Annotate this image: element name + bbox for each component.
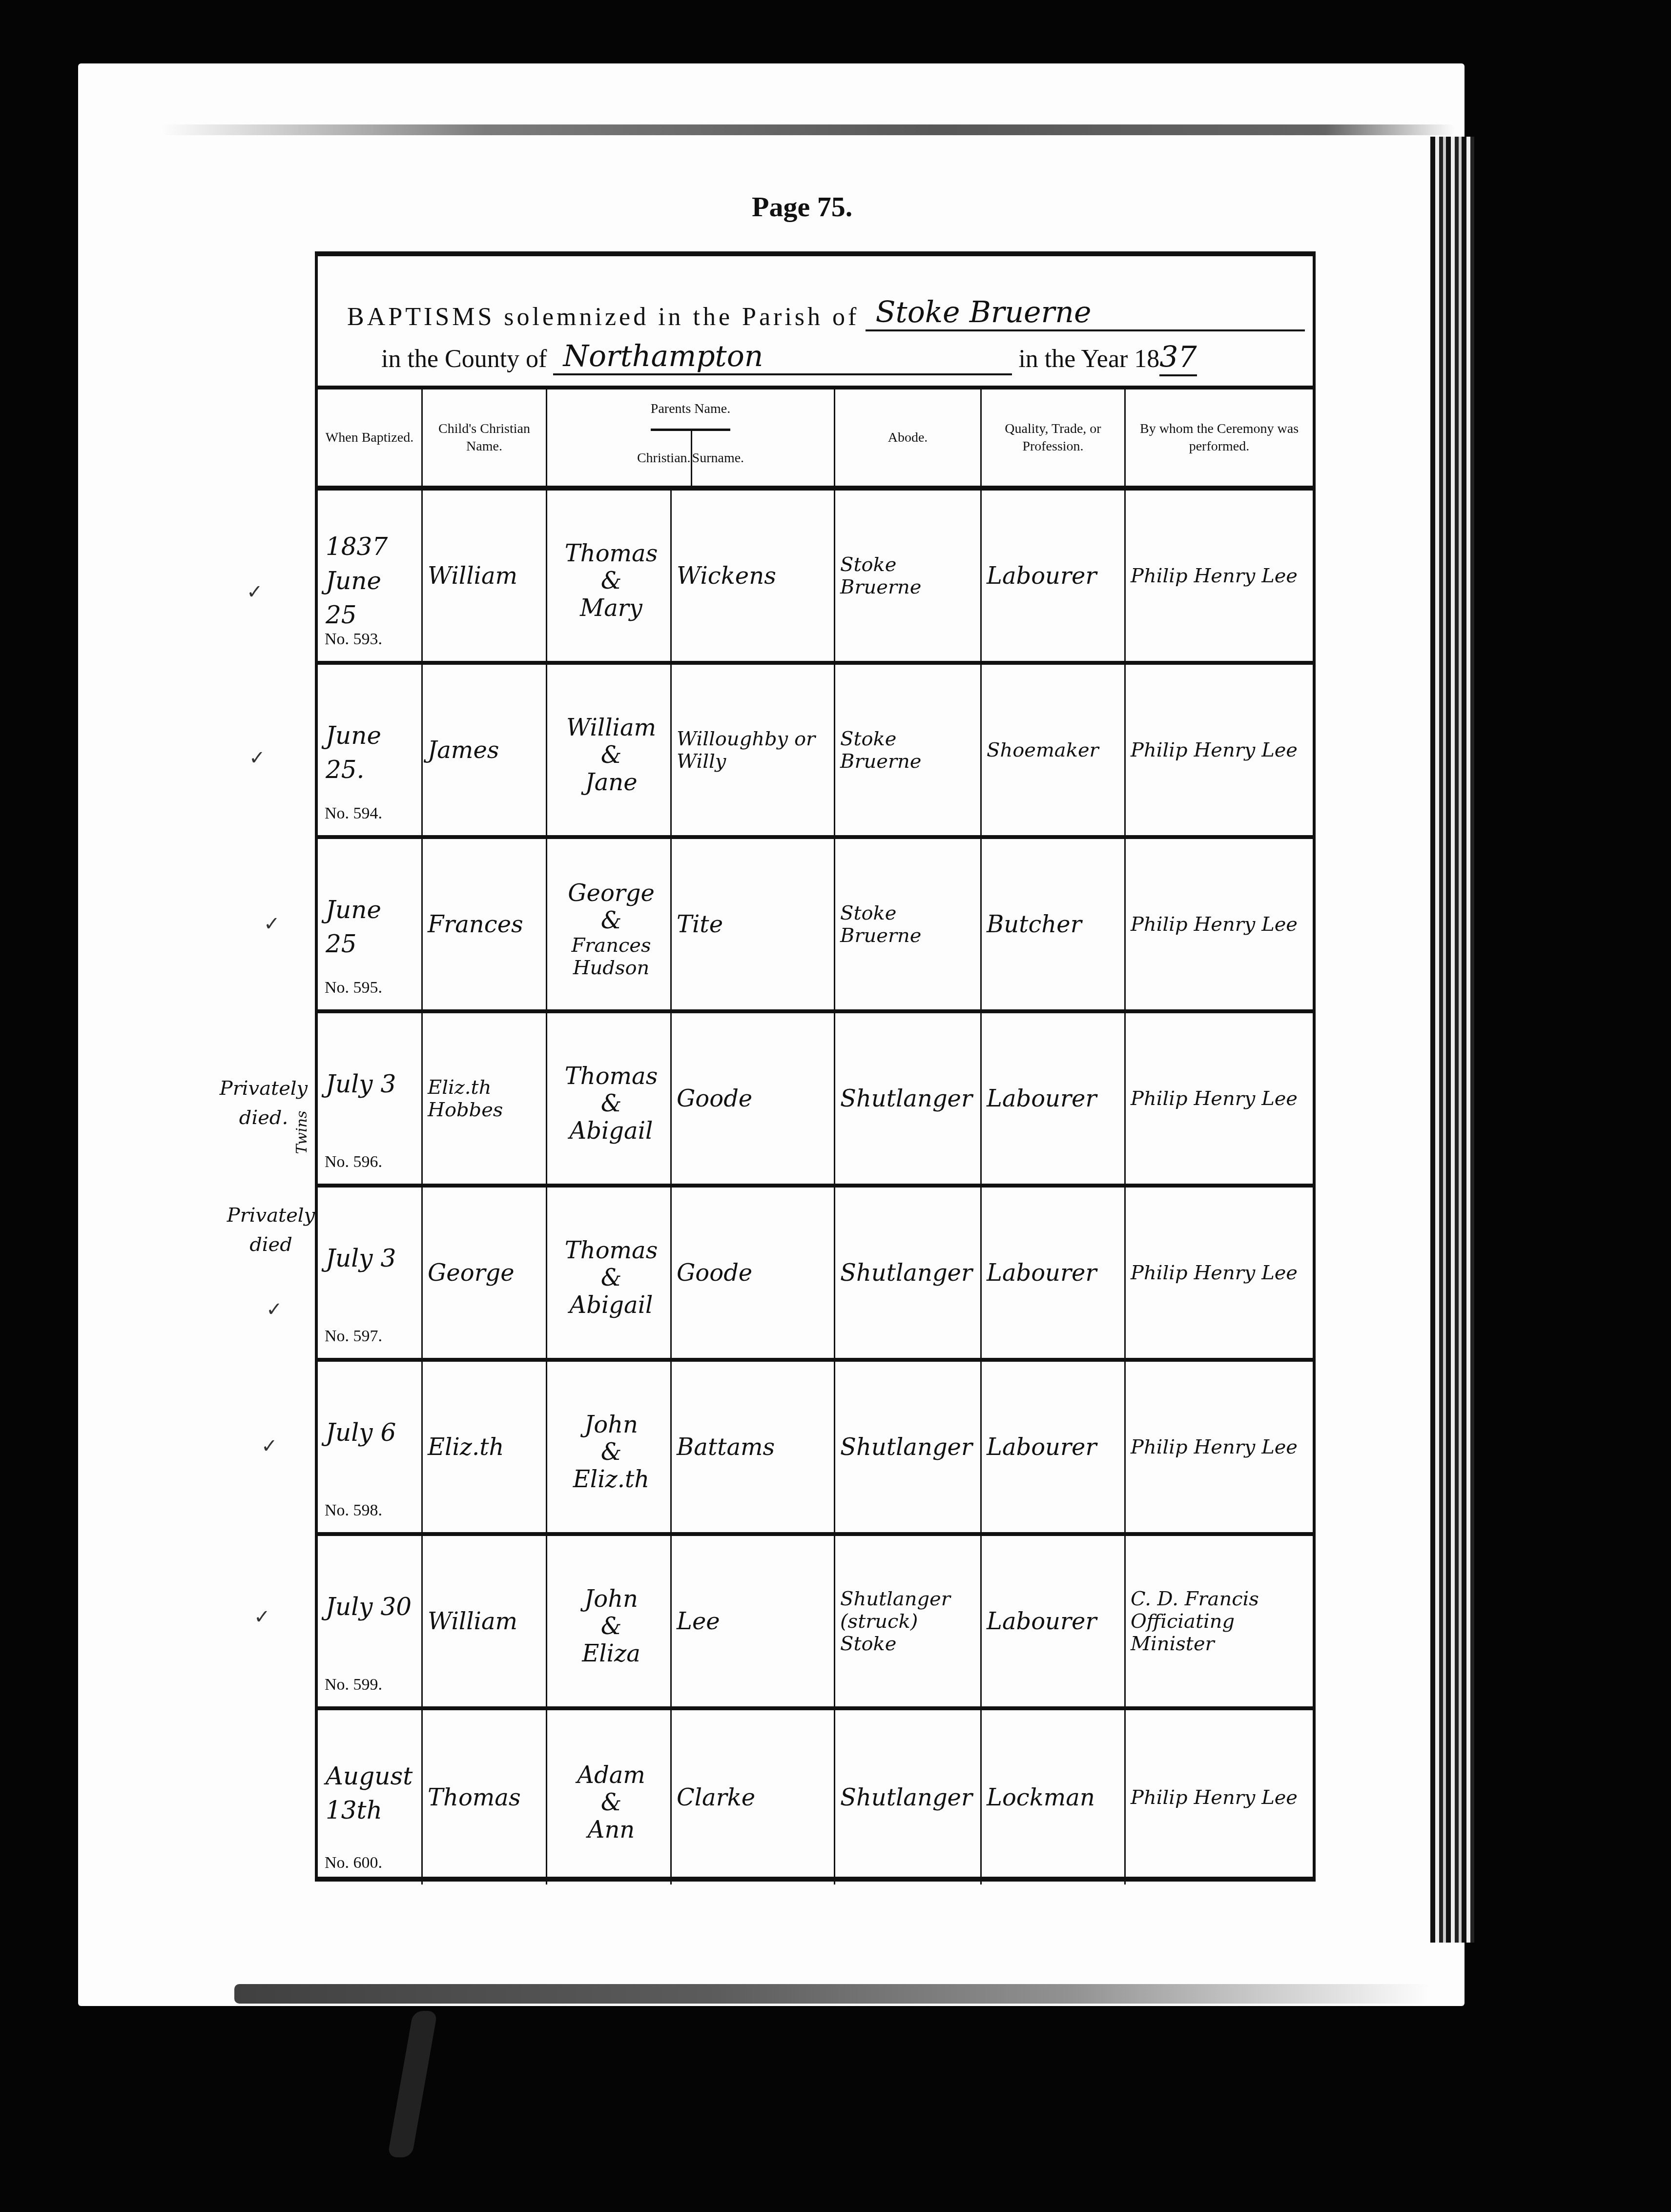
officiant: Philip Henry Lee bbox=[1131, 1013, 1310, 1184]
officiant: Philip Henry Lee bbox=[1131, 1188, 1310, 1358]
trade: Butcher bbox=[987, 839, 1121, 1009]
trade: Labourer bbox=[987, 1188, 1121, 1358]
top-edge-stain bbox=[161, 124, 1455, 135]
trade: Labourer bbox=[987, 1536, 1121, 1706]
ampersand: & bbox=[554, 1438, 668, 1466]
table-row: July 3No. 597. George Thomas&Abigail Goo… bbox=[318, 1188, 1313, 1362]
entry-year: 1837 bbox=[326, 533, 388, 561]
tick-mark-icon: ✓ bbox=[247, 581, 263, 603]
entry-date: August 13th bbox=[326, 1759, 418, 1827]
surname: Goode bbox=[677, 1188, 831, 1358]
book-page-edges bbox=[1430, 137, 1474, 1943]
tick-mark-icon: ✓ bbox=[264, 913, 280, 935]
child-name: William bbox=[428, 1536, 543, 1706]
father-name: William bbox=[554, 714, 668, 741]
ampersand: & bbox=[554, 567, 668, 594]
child-name: William bbox=[428, 491, 543, 661]
father-name: Adam bbox=[554, 1761, 668, 1789]
ampersand: & bbox=[554, 1264, 668, 1291]
header-parents-label: Parents Name. bbox=[651, 389, 730, 431]
father-name: John bbox=[554, 1411, 668, 1438]
ampersand: & bbox=[554, 907, 668, 934]
officiant: Philip Henry Lee bbox=[1131, 1362, 1310, 1532]
tick-mark-icon: ✓ bbox=[261, 1435, 278, 1457]
child-name: Eliz.th Hobbes bbox=[428, 1013, 543, 1184]
tick-mark-icon: ✓ bbox=[266, 1298, 283, 1321]
entry-number: No. 596. bbox=[325, 1153, 382, 1171]
father-name: Thomas bbox=[554, 1063, 668, 1090]
table-row: 1837June 25No. 593. William Thomas&Mary … bbox=[318, 491, 1313, 665]
mother-name: Eliza bbox=[554, 1640, 668, 1667]
trade: Labourer bbox=[987, 1362, 1121, 1532]
child-name: Eliz.th bbox=[428, 1362, 543, 1532]
officiant: Philip Henry Lee bbox=[1131, 665, 1310, 835]
ampersand: & bbox=[554, 1613, 668, 1640]
surname: Clarke bbox=[677, 1710, 831, 1884]
entry-number: No. 597. bbox=[325, 1327, 382, 1346]
entry-number: No. 594. bbox=[325, 804, 382, 823]
header-trade: Quality, Trade, or Profession. bbox=[982, 389, 1126, 486]
father-name: George bbox=[554, 880, 668, 907]
entry-date: June 25. bbox=[326, 718, 418, 787]
header-parents-christian: Christian. bbox=[637, 431, 692, 486]
officiant: Philip Henry Lee bbox=[1131, 491, 1310, 661]
ampersand: & bbox=[554, 1789, 668, 1816]
mother-name: Mary bbox=[554, 594, 668, 622]
header-abode: Abode. bbox=[835, 389, 982, 486]
entry-date: July 30 bbox=[326, 1590, 418, 1624]
surname: Battams bbox=[677, 1362, 831, 1532]
trade: Shoemaker bbox=[987, 665, 1121, 835]
header-parents-name: Parents Name. Christian. Surname. bbox=[547, 389, 835, 486]
mother-name: Eliz.th bbox=[554, 1466, 668, 1493]
trade: Labourer bbox=[987, 491, 1121, 661]
county-name: Northampton bbox=[563, 339, 763, 373]
trade: Labourer bbox=[987, 1013, 1121, 1184]
surname: Wickens bbox=[677, 491, 831, 661]
child-name: James bbox=[428, 665, 543, 835]
bottom-edge-stain bbox=[234, 1984, 1430, 2004]
abode: Shutlanger bbox=[840, 1362, 977, 1532]
father-name: John bbox=[554, 1585, 668, 1613]
tick-mark-icon: ✓ bbox=[254, 1606, 270, 1628]
margin-note-privately-died: Privately died bbox=[225, 1201, 317, 1259]
mother-name: Jane bbox=[554, 769, 668, 796]
column-headers: When Baptized. Child's Christian Name. P… bbox=[318, 386, 1313, 491]
mother-name: Abigail bbox=[554, 1291, 668, 1319]
officiant: Philip Henry Lee bbox=[1131, 1710, 1310, 1884]
entry-number: No. 598. bbox=[325, 1501, 382, 1520]
mother-name: Abigail bbox=[554, 1117, 668, 1145]
surname: Goode bbox=[677, 1013, 831, 1184]
header-child-name: Child's Christian Name. bbox=[423, 389, 547, 486]
child-name: Frances bbox=[428, 839, 543, 1009]
trade: Lockman bbox=[987, 1710, 1121, 1884]
entry-date: July 3 bbox=[326, 1241, 418, 1275]
baptism-register-table: BAPTISMS solemnized in the Parish of Sto… bbox=[315, 251, 1316, 1882]
mother-name: Frances Hudson bbox=[554, 934, 668, 979]
abode: Stoke Bruerne bbox=[840, 665, 977, 835]
surname: Willoughby or Willy bbox=[677, 665, 831, 835]
header-parents-surname: Surname. bbox=[692, 431, 744, 486]
abode: Shutlanger (struck) Stoke bbox=[840, 1536, 977, 1706]
tick-mark-icon: ✓ bbox=[249, 747, 266, 769]
father-name: Thomas bbox=[554, 1237, 668, 1264]
entry-number: No. 600. bbox=[325, 1854, 382, 1872]
child-name: Thomas bbox=[428, 1710, 543, 1884]
table-row: July 30No. 599. William John&Eliza Lee S… bbox=[318, 1536, 1313, 1710]
ampersand: & bbox=[554, 741, 668, 769]
table-row: July 6No. 598. Eliz.th John&Eliz.th Batt… bbox=[318, 1362, 1313, 1536]
year-label: in the Year 18 bbox=[1018, 345, 1159, 373]
abode: Shutlanger bbox=[840, 1188, 977, 1358]
father-name: Thomas bbox=[554, 540, 668, 567]
officiant: Philip Henry Lee bbox=[1131, 839, 1310, 1009]
abode: Stoke Bruerne bbox=[840, 839, 977, 1009]
page-number: Page 75. bbox=[752, 190, 852, 223]
surname: Lee bbox=[677, 1536, 831, 1706]
county-label: in the County of bbox=[381, 345, 547, 373]
abode: Stoke Bruerne bbox=[840, 491, 977, 661]
entry-number: No. 599. bbox=[325, 1676, 382, 1694]
entry-number: No. 593. bbox=[325, 630, 382, 649]
register-entries: 1837June 25No. 593. William Thomas&Mary … bbox=[318, 491, 1313, 1884]
entry-date: July 6 bbox=[326, 1415, 418, 1450]
child-name: George bbox=[428, 1188, 543, 1358]
table-row: June 25No. 595. Frances George&Frances H… bbox=[318, 839, 1313, 1013]
parish-name: Stoke Bruerne bbox=[875, 295, 1091, 329]
header-when-baptized: When Baptized. bbox=[318, 389, 423, 486]
entry-date: June 25 bbox=[326, 893, 418, 961]
entry-number: No. 595. bbox=[325, 979, 382, 997]
abode: Shutlanger bbox=[840, 1710, 977, 1884]
register-title: BAPTISMS solemnized in the Parish of Sto… bbox=[332, 286, 1298, 373]
ampersand: & bbox=[554, 1090, 668, 1117]
table-row: August 13thNo. 600. Thomas Adam&Ann Clar… bbox=[318, 1710, 1313, 1884]
entry-date: July 3 bbox=[326, 1067, 418, 1101]
title-prefix: BAPTISMS solemnized in the Parish of bbox=[347, 303, 859, 331]
header-by-whom: By whom the Ceremony was performed. bbox=[1126, 389, 1313, 486]
officiant: C. D. Francis Officiating Minister bbox=[1131, 1536, 1310, 1706]
year-value: 37 bbox=[1159, 340, 1197, 376]
entry-date: June 25 bbox=[326, 567, 381, 629]
abode: Shutlanger bbox=[840, 1013, 977, 1184]
margin-note-twins: Twins bbox=[288, 1111, 317, 1154]
table-row: July 3No. 596. Eliz.th Hobbes Thomas&Abi… bbox=[318, 1013, 1313, 1188]
table-row: June 25.No. 594. James William&Jane Will… bbox=[318, 665, 1313, 839]
mother-name: Ann bbox=[554, 1816, 668, 1843]
surname: Tite bbox=[677, 839, 831, 1009]
